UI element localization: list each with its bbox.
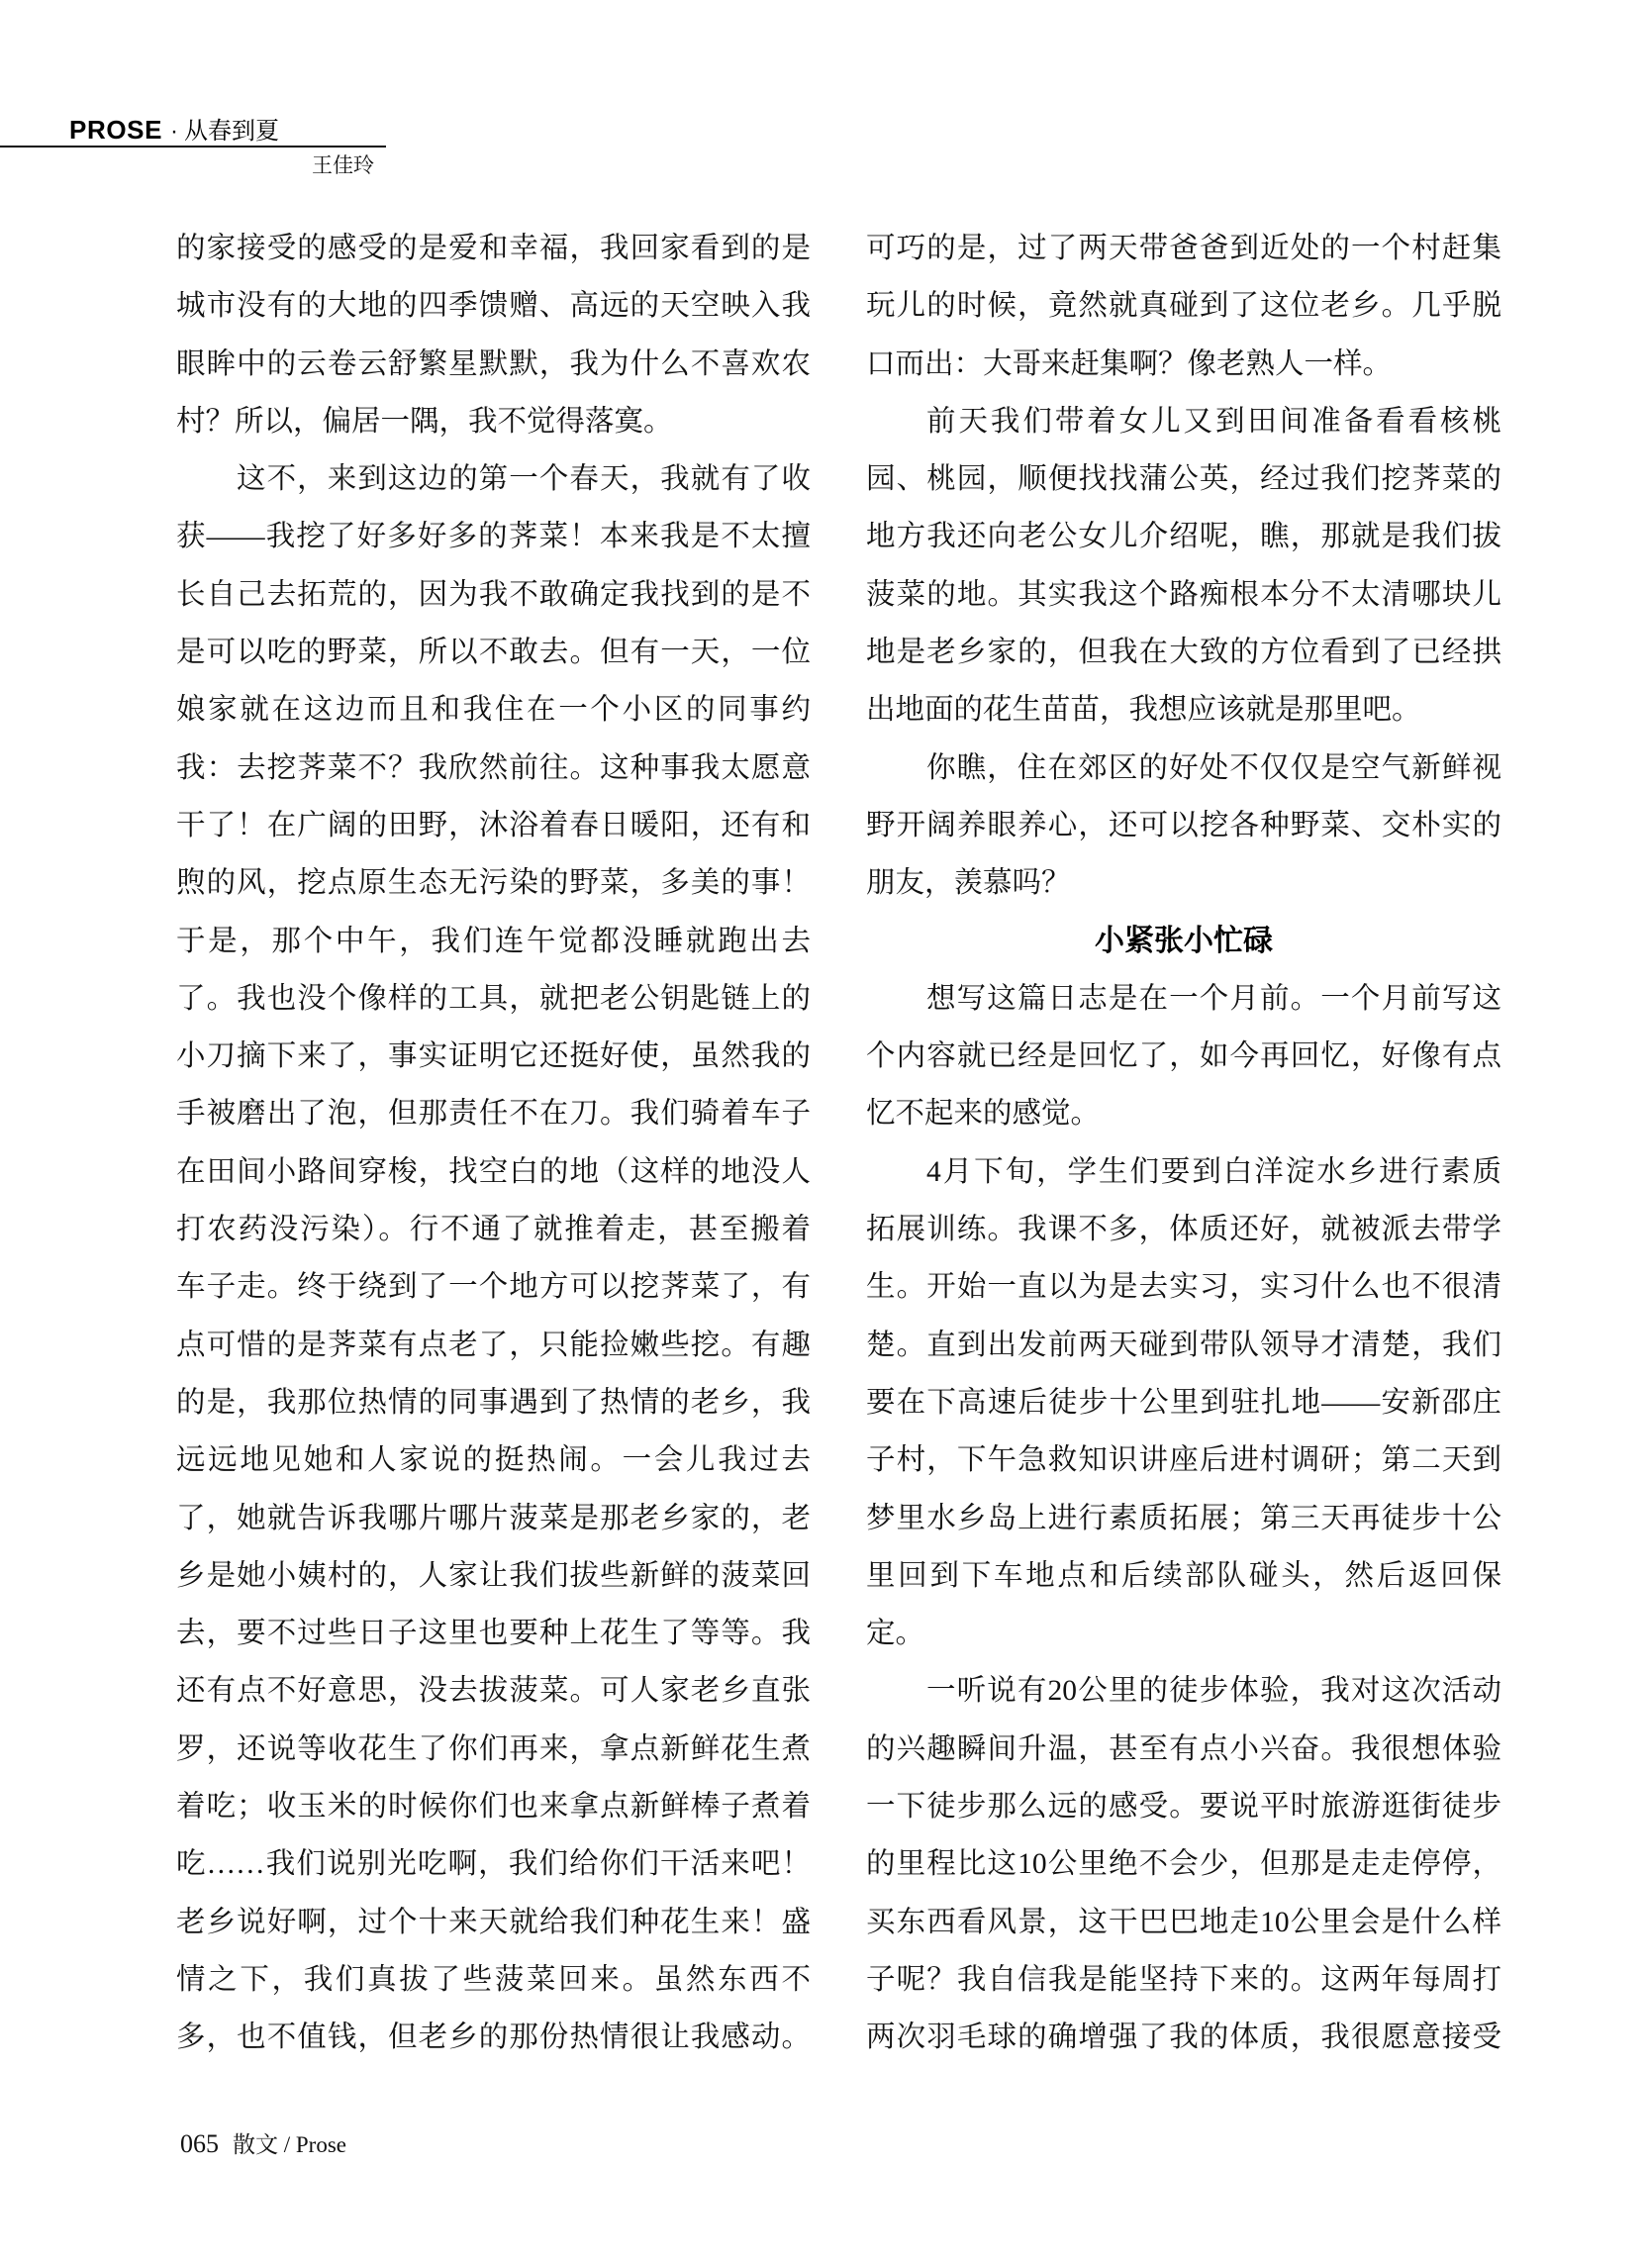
header-rule <box>0 146 386 148</box>
text-line: 一听说有20公里的徒步体验，我对这次活动 <box>866 1662 1501 1720</box>
author-name: 王佳玲 <box>312 154 374 178</box>
text-line: 乡是她小姨村的，人家让我们拔些新鲜的菠菜回 <box>176 1547 811 1605</box>
paragraph: 想写这篇日志是在一个月前。一个月前写这 个内容就已经是回忆了，如今再回忆，好像有… <box>866 970 1501 1143</box>
text-line: 手被磨出了泡，但那责任不在刀。我们骑着车子 <box>176 1085 811 1142</box>
text-line: 了，她就告诉我哪片哪片菠菜是那老乡家的，老 <box>176 1490 811 1547</box>
text-line: 拓展训练。我课不多，体质还好，就被派去带学 <box>866 1201 1501 1258</box>
left-column: 的家接受的感受的是爱和幸福，我回家看到的是 城市没有的大地的四季馈赠、高远的天空… <box>176 220 811 2067</box>
text-line: 着吃；收玉米的时候你们也来拿点新鲜棒子煮着 <box>176 1778 811 1835</box>
page-footer: 065散文 / Prose <box>180 2128 346 2164</box>
text-line: 在田间小路间穿梭，找空白的地（这样的地没人 <box>176 1143 811 1201</box>
text-line: 这不，来到这边的第一个春天，我就有了收 <box>176 450 811 508</box>
text-line: 出地面的花生苗苗，我想应该就是那里吧。 <box>866 681 1501 739</box>
text-line: 村？所以，偏居一隅，我不觉得落寞。 <box>176 393 811 450</box>
text-line: 子呢？我自信我是能坚持下来的。这两年每周打 <box>866 1951 1501 2009</box>
text-line: 忆不起来的感觉。 <box>866 1085 1501 1142</box>
paragraph: 可巧的是，过了两天带爸爸到近处的一个村赶集 玩儿的时候，竟然就真碰到了这位老乡。… <box>866 220 1501 393</box>
text-line: 子村，下午急救知识讲座后进村调研；第二天到 <box>866 1431 1501 1489</box>
page-number: 065 <box>180 2129 219 2158</box>
paragraph: 的家接受的感受的是爱和幸福，我回家看到的是 城市没有的大地的四季馈赠、高远的天空… <box>176 220 811 450</box>
text-line: 我：去挖荠菜不？我欣然前往。这种事我太愿意 <box>176 740 811 797</box>
paragraph: 你瞧，住在郊区的好处不仅仅是空气新鲜视 野开阔养眼养心，还可以挖各种野菜、交朴实… <box>866 740 1501 913</box>
text-line: 想写这篇日志是在一个月前。一个月前写这 <box>866 970 1501 1028</box>
paragraph: 这不，来到这边的第一个春天，我就有了收 获——我挖了好多好多的荠菜！本来我是不太… <box>176 450 811 2066</box>
header-separator: · <box>170 118 178 145</box>
text-line: 4月下旬，学生们要到白洋淀水乡进行素质 <box>866 1143 1501 1201</box>
text-line: 于是，那个中午，我们连午觉都没睡就跑出去 <box>176 913 811 970</box>
text-line: 玩儿的时候，竟然就真碰到了这位老乡。几乎脱 <box>866 277 1501 335</box>
running-header: PROSE·从春到夏 <box>69 117 279 145</box>
text-line: 里回到下车地点和后续部队碰头，然后返回保 <box>866 1547 1501 1605</box>
paragraph: 4月下旬，学生们要到白洋淀水乡进行素质 拓展训练。我课不多，体质还好，就被派去带… <box>866 1143 1501 1663</box>
text-line: 野开阔养眼养心，还可以挖各种野菜、交朴实的 <box>866 797 1501 854</box>
text-line: 两次羽毛球的确增强了我的体质，我很愿意接受 <box>866 2009 1501 2066</box>
text-line: 地方我还向老公女儿介绍呢，瞧，那就是我们拔 <box>866 508 1501 565</box>
section-label: PROSE <box>69 115 162 145</box>
text-line: 老乡说好啊，过个十来天就给我们种花生来！盛 <box>176 1894 811 1951</box>
section-subheading: 小紧张小忙碌 <box>866 913 1501 970</box>
paragraph: 一听说有20公里的徒步体验，我对这次活动 的兴趣瞬间升温，甚至有点小兴奋。我很想… <box>866 1662 1501 2066</box>
text-line: 罗，还说等收花生了你们再来，拿点新鲜花生煮 <box>176 1721 811 1778</box>
text-line: 煦的风，挖点原生态无污染的野菜，多美的事！ <box>176 854 811 912</box>
text-line: 你瞧，住在郊区的好处不仅仅是空气新鲜视 <box>866 740 1501 797</box>
text-line: 梦里水乡岛上进行素质拓展；第三天再徒步十公 <box>866 1490 1501 1547</box>
text-line: 个内容就已经是回忆了，如今再回忆，好像有点 <box>866 1028 1501 1085</box>
text-line: 一下徒步那么远的感受。要说平时旅游逛街徒步 <box>866 1778 1501 1835</box>
text-line: 娘家就在这边而且和我住在一个小区的同事约 <box>176 681 811 739</box>
text-line: 情之下，我们真拔了些菠菜回来。虽然东西不 <box>176 1951 811 2009</box>
text-line: 车子走。终于绕到了一个地方可以挖荠菜了，有 <box>176 1258 811 1316</box>
text-line: 园、桃园，顺便找找蒲公英，经过我们挖荠菜的 <box>866 450 1501 508</box>
text-line: 要在下高速后徒步十公里到驻扎地——安新邵庄 <box>866 1374 1501 1431</box>
text-line: 获——我挖了好多好多的荠菜！本来我是不太擅 <box>176 508 811 565</box>
text-line: 朋友，羡慕吗？ <box>866 854 1501 912</box>
text-line: 的兴趣瞬间升温，甚至有点小兴奋。我很想体验 <box>866 1721 1501 1778</box>
text-line: 的是，我那位热情的同事遇到了热情的老乡，我 <box>176 1374 811 1431</box>
paragraph: 前天我们带着女儿又到田间准备看看核桃 园、桃园，顺便找找蒲公英，经过我们挖荠菜的… <box>866 393 1501 740</box>
text-line: 口而出：大哥来赶集啊？像老熟人一样。 <box>866 336 1501 393</box>
text-line: 的里程比这10公里绝不会少，但那是走走停停， <box>866 1835 1501 1893</box>
text-line: 吃……我们说别光吃啊，我们给你们干活来吧！ <box>176 1835 811 1893</box>
text-line: 干了！在广阔的田野，沐浴着春日暖阳，还有和 <box>176 797 811 854</box>
text-line: 楚。直到出发前两天碰到带队领导才清楚，我们 <box>866 1317 1501 1374</box>
text-line: 的家接受的感受的是爱和幸福，我回家看到的是 <box>176 220 811 277</box>
text-line: 还有点不好意思，没去拔菠菜。可人家老乡直张 <box>176 1662 811 1720</box>
text-line: 去，要不过些日子这里也要种上花生了等等。我 <box>176 1605 811 1662</box>
text-line: 眼眸中的云卷云舒繁星默默，我为什么不喜欢农 <box>176 336 811 393</box>
magazine-name: 散文 / Prose <box>233 2132 346 2157</box>
text-line: 可巧的是，过了两天带爸爸到近处的一个村赶集 <box>866 220 1501 277</box>
text-line: 城市没有的大地的四季馈赠、高远的天空映入我 <box>176 277 811 335</box>
text-line: 打农药没污染）。行不通了就推着走，甚至搬着 <box>176 1201 811 1258</box>
text-line: 了。我也没个像样的工具，就把老公钥匙链上的 <box>176 970 811 1028</box>
magazine-page: PROSE·从春到夏 王佳玲 的家接受的感受的是爱和幸福，我回家看到的是 城市没… <box>0 0 1646 2268</box>
right-column: 可巧的是，过了两天带爸爸到近处的一个村赶集 玩儿的时候，竟然就真碰到了这位老乡。… <box>866 220 1501 2067</box>
text-line: 多，也不值钱，但老乡的那份热情很让我感动。 <box>176 2009 811 2066</box>
text-line: 是可以吃的野菜，所以不敢去。但有一天，一位 <box>176 624 811 681</box>
text-line: 买东西看风景，这干巴巴地走10公里会是什么样 <box>866 1894 1501 1951</box>
article-title: 从春到夏 <box>184 118 279 145</box>
text-line: 长自己去拓荒的，因为我不敢确定我找到的是不 <box>176 566 811 624</box>
text-line: 地是老乡家的，但我在大致的方位看到了已经拱 <box>866 624 1501 681</box>
text-line: 点可惜的是荠菜有点老了，只能捡嫩些挖。有趣 <box>176 1317 811 1374</box>
text-line: 远远地见她和人家说的挺热闹。一会儿我过去 <box>176 1431 811 1489</box>
text-line: 定。 <box>866 1605 1501 1662</box>
text-line: 菠菜的地。其实我这个路痴根本分不太清哪块儿 <box>866 566 1501 624</box>
text-line: 生。开始一直以为是去实习，实习什么也不很清 <box>866 1258 1501 1316</box>
text-line: 前天我们带着女儿又到田间准备看看核桃 <box>866 393 1501 450</box>
text-line: 小刀摘下来了，事实证明它还挺好使，虽然我的 <box>176 1028 811 1085</box>
